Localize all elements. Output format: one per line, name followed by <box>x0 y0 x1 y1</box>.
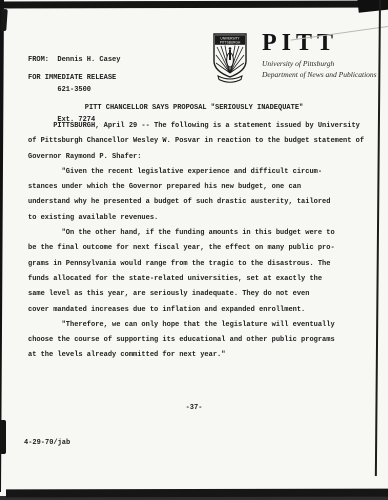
text-line: funds allocated for the state-related un… <box>28 272 373 287</box>
text-line: same level as this year, are seriously i… <box>28 287 373 302</box>
text-line: to existing available revenues. <box>28 211 373 226</box>
text-line: cover mandated increases due to inflatio… <box>28 303 373 318</box>
text-line: understand why he presented a budget of … <box>28 195 373 210</box>
scan-edge-top <box>0 0 388 8</box>
press-release-page: FROM: Dennis H. Casey 621-3500 Ext. 7274… <box>0 0 388 500</box>
text-line: at the levels already committed for next… <box>28 348 373 363</box>
headline: PITT CHANCELLOR SAYS PROPOSAL "SERIOUSLY… <box>28 104 360 112</box>
text-line: of Pittsburgh Chancellor Wesley W. Posva… <box>28 134 373 149</box>
article-body: PITTSBURGH, April 29 -- The following is… <box>28 119 373 364</box>
text-line: "Therefore, we can only hope that the le… <box>28 318 373 333</box>
text-line: be the final outcome for next fiscal yea… <box>28 241 373 256</box>
phone-line: 621-3500 <box>28 85 120 95</box>
text-line: grams in Pennsylvania would range from t… <box>28 257 373 272</box>
scan-edge-top-right <box>357 0 388 13</box>
text-line: Governor Raymond P. Shafer: <box>28 150 373 165</box>
text-line: choose the course of supporting its educ… <box>28 333 373 348</box>
scan-edge-left <box>0 0 4 492</box>
from-line: FROM: Dennis H. Casey <box>28 55 120 65</box>
masthead: PITT University of Pittsburgh Department… <box>262 31 377 80</box>
shield-text-bottom: PITTSBURGH <box>220 41 241 45</box>
scan-edge-bottom <box>6 489 388 498</box>
release-line: FOR IMMEDIATE RELEASE <box>28 74 116 82</box>
org-name: University of Pittsburgh <box>262 58 377 69</box>
scan-smudge-bottom-left <box>0 420 6 454</box>
date-slug: 4-29-70/jab <box>24 439 70 447</box>
text-line: "Given the recent legislative experience… <box>28 165 373 180</box>
text-line: PITTSBURGH, April 29 -- The following is… <box>28 119 373 134</box>
org-department: Department of News and Publications <box>262 69 377 80</box>
scan-smudge-top-left <box>0 9 8 31</box>
text-line: "On the other hand, if the funding amoun… <box>28 226 373 241</box>
page-number: -37- <box>28 404 360 412</box>
university-crest-icon: UNIVERSITY PITTSBURGH <box>212 33 248 83</box>
text-line: stances under which the Governor prepare… <box>28 180 373 195</box>
